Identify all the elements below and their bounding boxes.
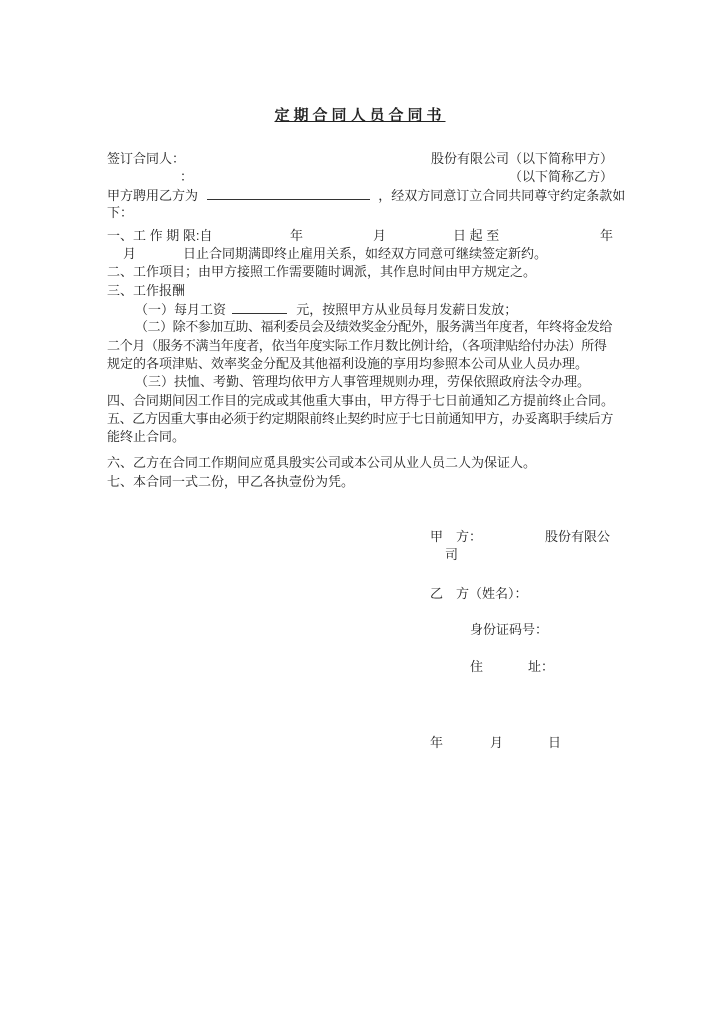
- hire-line-cont: 下：: [107, 204, 613, 222]
- salary-prefix: （一）每月工资: [135, 302, 226, 317]
- position-blank-field[interactable]: [207, 186, 370, 200]
- salary-blank-field[interactable]: [232, 300, 287, 314]
- party-b-colon: ：: [180, 168, 193, 186]
- clause-4: 四、合同期间因工作目的完成或其他重大事由，甲方得于七日前通知乙方提前终止合同。: [107, 392, 613, 410]
- salary-suffix: 元，按照甲方从业员每月发薪日发放；: [296, 302, 517, 317]
- clause-1-day-to: 日 起 至: [453, 227, 499, 245]
- clause-1-rest: 日止合同期满即终止雇用关系，如经双方同意可继续签定新约。: [183, 245, 547, 263]
- contract-page: 定期合同人员合同书 签订合同人： 股份有限公司（以下简称甲方） ： （以下简称乙…: [0, 0, 720, 1017]
- hire-prefix: 甲方聘用乙方为: [107, 188, 198, 203]
- clause-3-2-line-2: 二个月（服务不满当年度者，依当年度实际工作月数比例计给，（各项津贴给付办法）所得: [107, 337, 613, 355]
- party-a-name: 股份有限公司（以下简称甲方）: [431, 150, 613, 168]
- clause-1-month-end: 月: [123, 245, 136, 263]
- contract-title-text: 定期合同人员合同书: [274, 107, 445, 124]
- clause-2: 二、工作项目；由甲方接照工作需要随时调派，其作息时间由甲方规定之。: [107, 263, 613, 281]
- party-a-sign-label: 甲 方：: [430, 528, 482, 546]
- address-label-right: 址：: [528, 658, 554, 676]
- party-a-sign-value-line-2: 司: [445, 546, 458, 564]
- clause-1-year-end: 年: [600, 227, 613, 245]
- clause-3-2-line-1: （二）除不参加互助、福利委员会及绩效奖金分配外，服务满当年度者，年终将金发给: [107, 318, 613, 336]
- clause-6: 六、乙方在合同工作期间应觅具殷实公司或本公司从业人员二人为保证人。: [107, 454, 613, 472]
- clause-7: 七、本合同一式二份，甲乙各执壹份为凭。: [107, 473, 613, 491]
- hire-suffix: ，经双方同意订立合同共同尊守约定条款如: [378, 188, 625, 203]
- id-number-label: 身份证码号：: [470, 621, 548, 639]
- clause-1-month-start: 月: [373, 227, 386, 245]
- date-year-label: 年: [430, 734, 443, 752]
- hire-cont: 下：: [107, 205, 133, 220]
- party-b-name: （以下简称乙方）: [509, 168, 613, 186]
- clause-5-line-1: 五、乙方因重大事由必须于约定期限前终止契约时应于七日前通知甲方，办妥离职手续后方: [107, 410, 613, 428]
- date-month-label: 月: [490, 734, 503, 752]
- clause-3-2-line-3: 规定的各项津贴、效率奖金分配及其他福利设施的享用均参照本公司从业人员办理。: [107, 355, 613, 373]
- page-title: 定期合同人员合同书: [107, 104, 613, 125]
- clause-1-label: 一、工 作 期 限:自: [107, 227, 212, 245]
- signer-line: 签订合同人： 股份有限公司（以下简称甲方）: [107, 150, 613, 168]
- hire-line: 甲方聘用乙方为 ，经双方同意订立合同共同尊守约定条款如: [107, 186, 613, 205]
- clause-1-year-start: 年: [290, 227, 303, 245]
- clause-3: 三、工作报酬: [107, 282, 613, 300]
- clause-3-3: （三）扶恤、考勤、管理均依甲方人事管理规则办理，劳保依照政府法令办理。: [107, 373, 613, 391]
- clause-5-line-2: 能终止合同。: [107, 428, 613, 446]
- party-a-sign-value-line-1: 股份有限公: [545, 528, 610, 546]
- date-day-label: 日: [548, 734, 561, 752]
- address-label-left: 住: [470, 658, 483, 676]
- party-b-sign-label: 乙 方（姓名）：: [430, 585, 528, 603]
- signer-label: 签订合同人：: [107, 150, 185, 168]
- clause-3-1: （一）每月工资 元，按照甲方从业员每月发薪日发放；: [107, 300, 613, 319]
